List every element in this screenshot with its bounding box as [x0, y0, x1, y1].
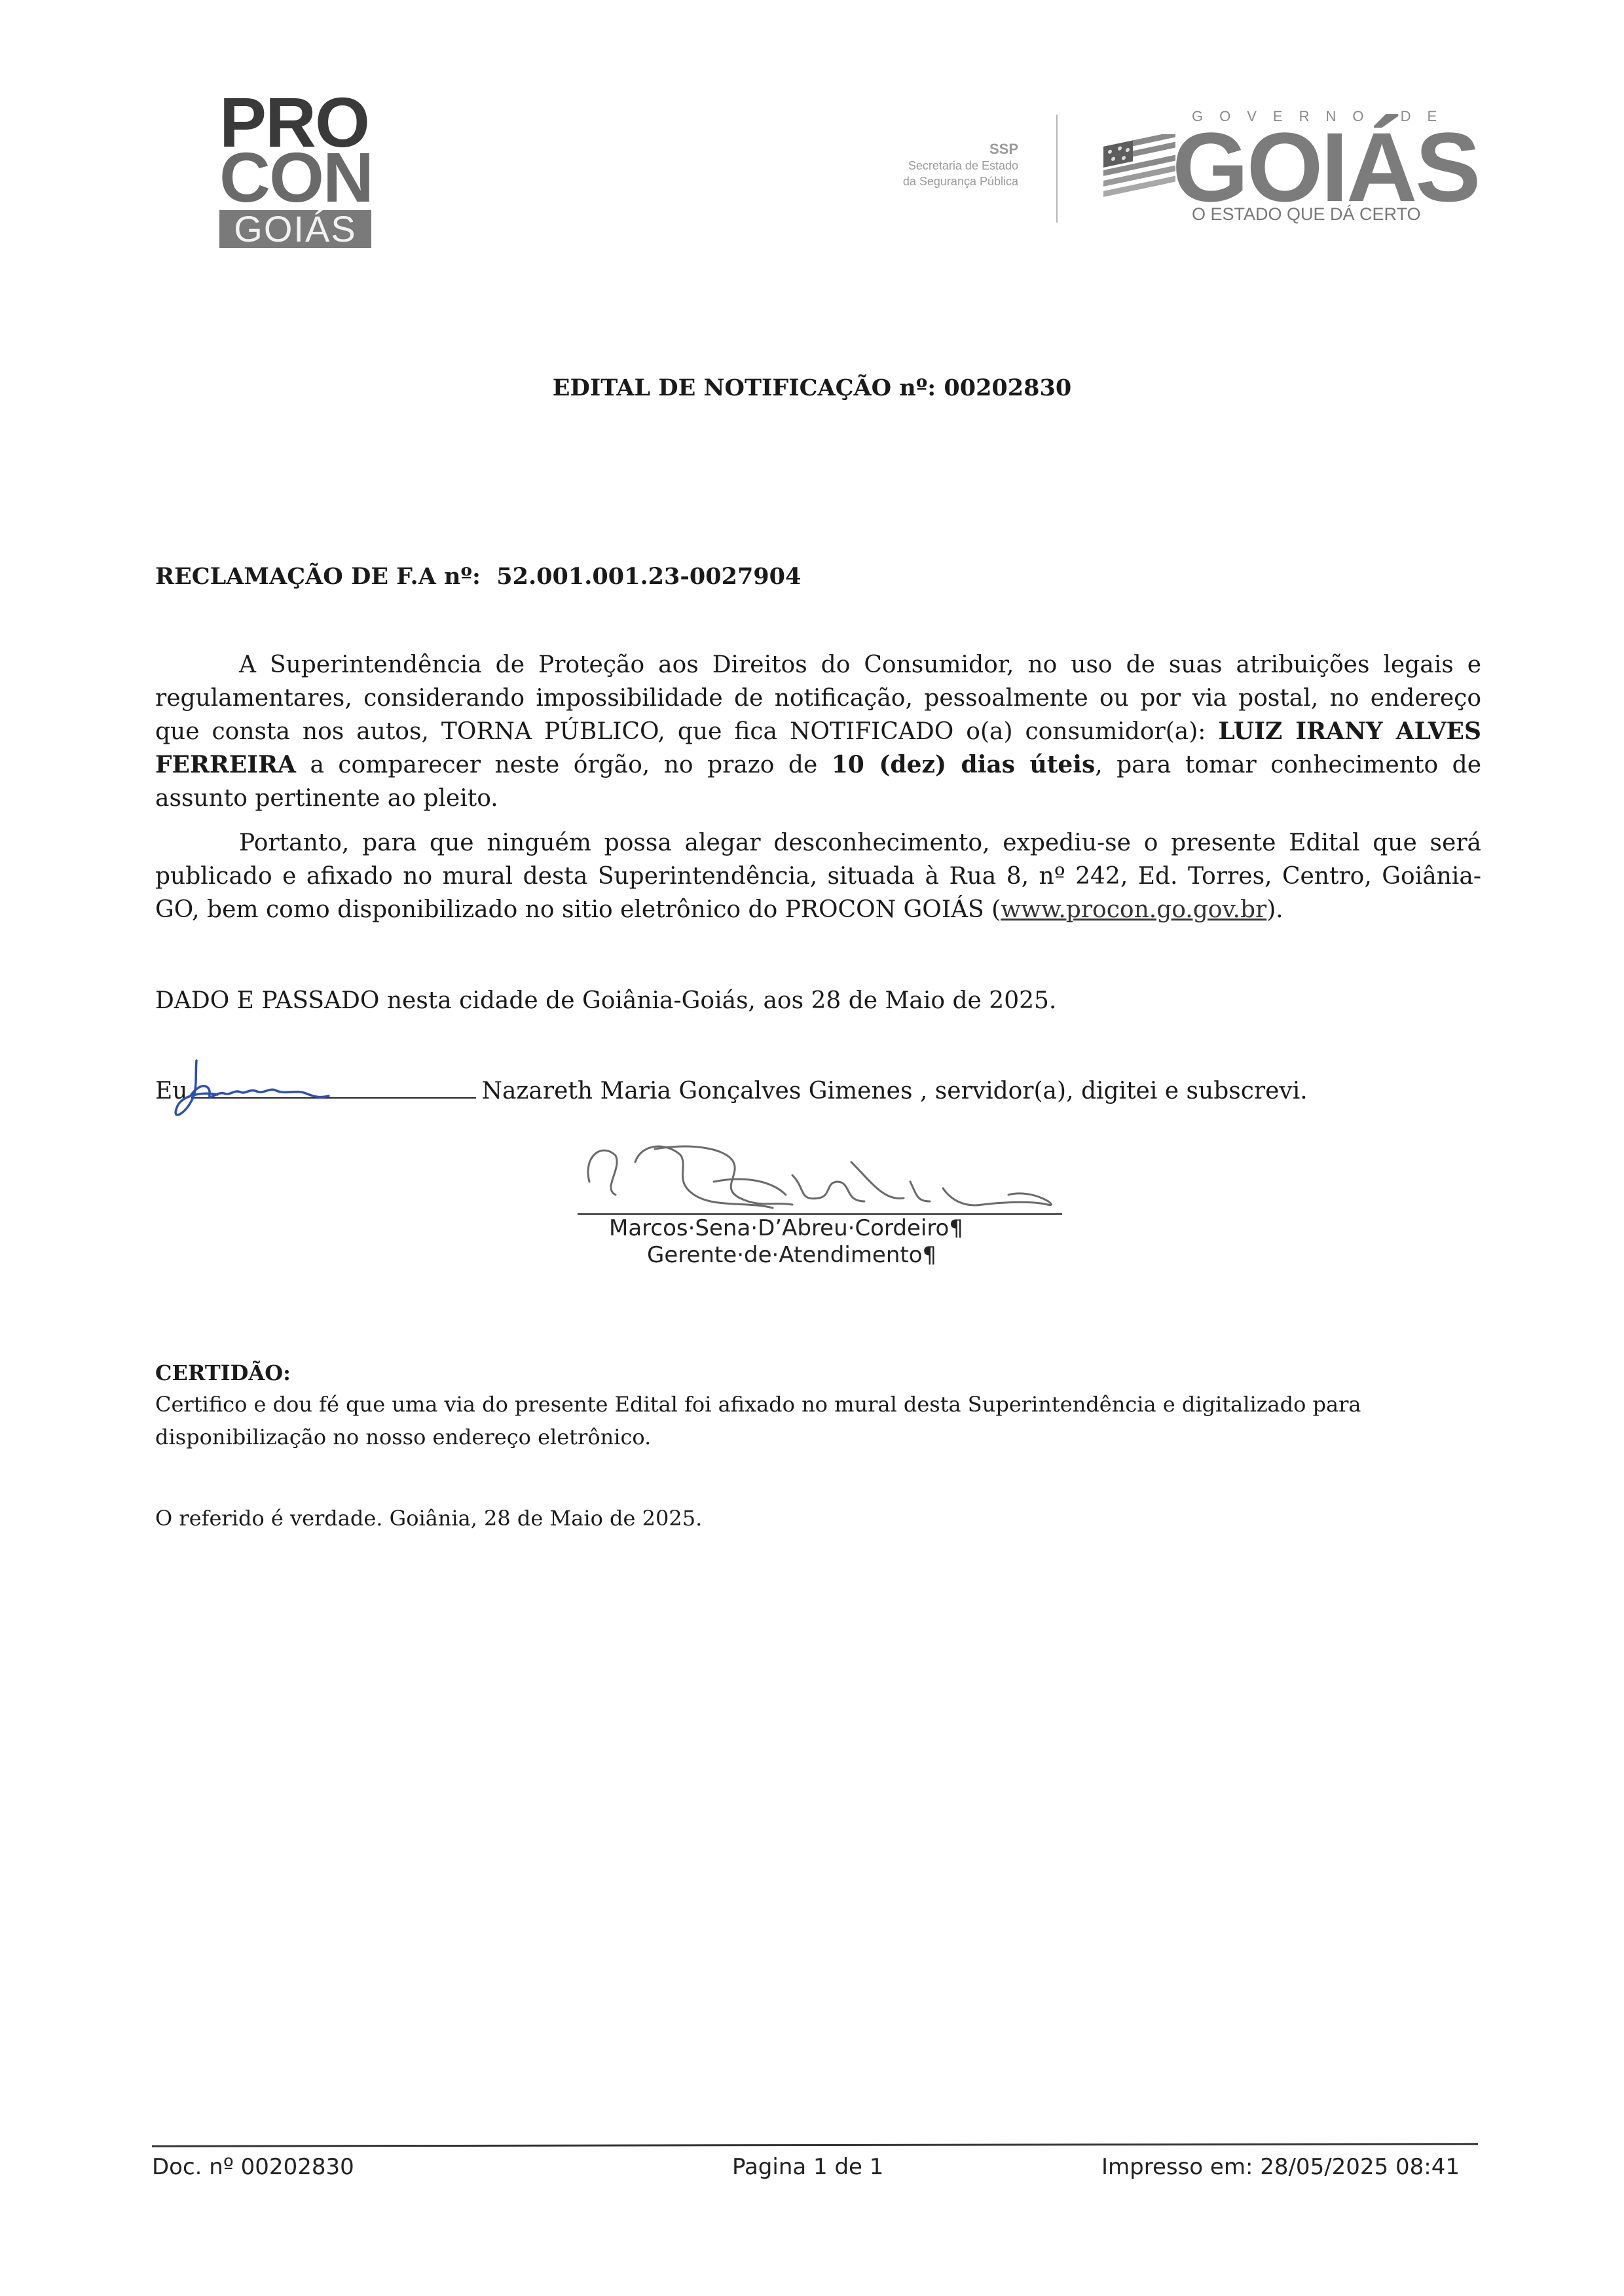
deadline: 10 (dez) dias úteis — [832, 751, 1095, 778]
footer-printed-timestamp: Impresso em: 28/05/2025 08:41 — [1101, 2154, 1460, 2180]
publication-paragraph: Portanto, para que ninguém possa alegar … — [155, 826, 1481, 926]
goias-logo-name: GOIÁS — [1172, 118, 1479, 216]
footer-page-number: Pagina 1 de 1 — [732, 2154, 883, 2180]
truth-statement: O referido é verdade. Goiânia, 28 de Mai… — [155, 1506, 702, 1531]
complaint-number: 52.001.001.23-0027904 — [496, 563, 801, 590]
certificate-text: Certifico e dou fé que uma via do presen… — [155, 1388, 1399, 1453]
paragraph2-part2: ). — [1266, 896, 1283, 923]
procon-website-link[interactable]: www.procon.go.gov.br — [1001, 896, 1266, 923]
certificate-title: CERTIDÃO: — [155, 1360, 291, 1385]
goias-flag-icon — [1100, 134, 1179, 200]
governo-goias-logo: GOVERNO DE GOIÁS O ESTADO QUE DÁ CERTO — [1100, 108, 1467, 232]
date-line: DADO E PASSADO nesta cidade de Goiânia-G… — [155, 987, 1056, 1014]
paragraph1-part2: a comparecer neste órgão, no prazo de — [296, 752, 832, 778]
ssp-block: SSP Secretaria de Estado da Segurança Pú… — [855, 141, 1018, 189]
ssp-title: SSP — [855, 141, 1018, 158]
typist-signature-icon — [172, 1055, 407, 1127]
ssp-subtitle-line2: da Segurança Pública — [855, 173, 1018, 189]
manager-signature-icon — [576, 1136, 1074, 1221]
footer-doc-number: Doc. nº 00202830 — [152, 2154, 354, 2180]
goias-logo-slogan: O ESTADO QUE DÁ CERTO — [1192, 204, 1421, 225]
procon-logo-con: CON — [219, 150, 377, 205]
ssp-subtitle-line1: Secretaria de Estado — [855, 158, 1018, 173]
footer-divider — [152, 2143, 1478, 2147]
header-divider — [1056, 115, 1058, 223]
manager-name: Marcos·Sena·D’Abreu·Cordeiro¶ — [609, 1215, 963, 1241]
notification-paragraph: A Superintendência de Proteção aos Direi… — [155, 648, 1481, 815]
procon-goias-logo: PRO CON GOIÁS — [219, 95, 377, 248]
manager-role: Gerente·de·Atendimento¶ — [647, 1242, 936, 1268]
complaint-number-line: RECLAMAÇÃO DE F.A nº: 52.001.001.23-0027… — [155, 563, 801, 590]
procon-logo-goias: GOIÁS — [219, 210, 371, 248]
document-title: EDITAL DE NOTIFICAÇÃO nº: 00202830 — [0, 374, 1624, 401]
complaint-label: RECLAMAÇÃO DE F.A nº: — [155, 563, 481, 590]
typist-text: Nazareth Maria Gonçalves Gimenes , servi… — [481, 1078, 1307, 1104]
